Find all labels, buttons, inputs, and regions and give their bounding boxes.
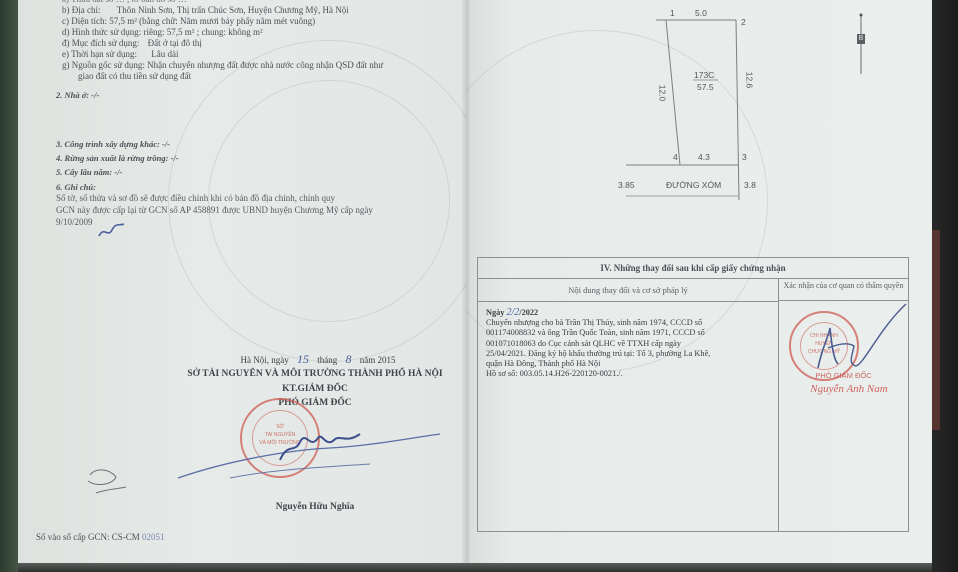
signature-right [808, 298, 908, 378]
land-info-address: b) Địa chỉ: Thôn Ninh Sơn, Thị trấn Chúc… [62, 5, 349, 16]
change-entry-line: 25/04/2021. Đăng ký hộ khẩu thường trú t… [486, 349, 774, 359]
background-table-right [928, 0, 958, 572]
signer-role-1: KT.GIÁM ĐỐC [160, 384, 470, 394]
plot-diagram: 1 5.0 2 173C 57.5 12.0 12.6 4 4.3 3 3.85… [596, 0, 776, 200]
parcel-area: 57.5 [697, 82, 714, 92]
handwritten-mark [82, 465, 132, 500]
issue-place-date: Hà Nội, ngày 15 tháng 8 năm 2015 [168, 352, 468, 367]
point-4-label: 4 [673, 152, 678, 162]
road-width-right: 3.8 [744, 180, 756, 190]
change-entry-line: Chuyển nhượng cho bà Trần Thị Thúy, sinh… [486, 318, 774, 328]
section-other-construction: 3. Công trình xây dựng khác: -/- [56, 139, 170, 149]
section-house: 2. Nhà ở: -/- [56, 90, 99, 100]
note-line: 9/10/2009 [56, 217, 93, 229]
issuing-authority: SỞ TÀI NGUYÊN VÀ MÔI TRƯỜNG THÀNH PHỐ HÀ… [160, 369, 470, 379]
section-perennial-trees: 5. Cây lâu năm: -/- [56, 167, 122, 177]
land-info-term: e) Thời hạn sử dụng: Lâu dài [62, 49, 178, 60]
land-info-area: c) Diện tích: 57,5 m² (bằng chữ: Năm mươ… [62, 16, 315, 27]
change-entry-line: 001071018063 do Cục cảnh sát QLHC về TTX… [486, 339, 774, 349]
initials-mark [96, 222, 126, 240]
table-surface-bottom [18, 563, 932, 572]
registry-number: Số vào sổ cấp GCN: CS-CM 02051 [36, 532, 165, 543]
point-3-label: 3 [742, 152, 747, 162]
edge-right-length: 12.6 [744, 72, 754, 89]
edge-bottom-length: 4.3 [698, 152, 710, 162]
section-notes: 6. Ghi chú: [56, 182, 96, 192]
confirm-signer-title: PHÓ GIÁM ĐỐC [779, 371, 908, 380]
section-forest: 4. Rừng sản xuất là rừng trồng: -/- [56, 153, 179, 163]
change-entry: Ngày 2/2/2022 Chuyển nhượng cho bà Trần … [486, 308, 774, 379]
confirm-signer-name: Nguyễn Anh Nam [779, 383, 919, 395]
parcel-number: 173C [694, 70, 714, 80]
changes-table: IV. Những thay đổi sau khi cấp giấy chứn… [477, 257, 909, 532]
column-header-content: Nội dung thay đổi và cơ sở pháp lý [478, 279, 778, 302]
point-2-label: 2 [741, 17, 746, 27]
change-entry-date: Ngày 2/2/2022 [486, 308, 774, 318]
column-divider [778, 279, 779, 531]
land-info-usage-form: d) Hình thức sử dụng: riêng: 57,5 m² ; c… [62, 27, 263, 38]
note-line: Số tờ, số thửa và sơ đồ sẽ được điều chỉ… [56, 193, 335, 205]
road-label: ĐƯỜNG XÓM [666, 180, 721, 190]
north-arrow-icon: B [857, 12, 865, 76]
land-info-purpose: đ) Mục đích sử dụng: Đất ở tại đô thị [62, 38, 202, 49]
change-entry-line: 001174008832 và ông Trần Quốc Toàn, sinh… [486, 328, 774, 338]
note-line: GCN này được cấp lại từ GCN số AP 458891… [56, 205, 373, 217]
signer-name: Nguyễn Hữu Nghĩa [160, 502, 470, 512]
signer-role-2: PHÓ GIÁM ĐỐC [160, 398, 470, 408]
changes-table-title: IV. Những thay đổi sau khi cấp giấy chứn… [478, 258, 908, 279]
change-entry-line: Hồ sơ số: 003.05.14.H26-220120-0021./. [486, 369, 774, 379]
plot-outline [596, 0, 776, 200]
change-entry-line: quận Hà Đông, Thành phố Hà Nội [486, 359, 774, 369]
edge-left-length: 12.0 [657, 85, 667, 102]
signature-left [170, 420, 450, 490]
land-info-origin-cont: giao đất có thu tiền sử dụng đất [78, 71, 191, 82]
point-1-label: 1 [670, 8, 675, 18]
road-width-left: 3.85 [618, 180, 635, 190]
page-fold [462, 0, 470, 572]
land-info-origin: g) Nguồn gốc sử dụng: Nhận chuyển nhượng… [62, 60, 383, 71]
edge-top-length: 5.0 [695, 8, 707, 18]
